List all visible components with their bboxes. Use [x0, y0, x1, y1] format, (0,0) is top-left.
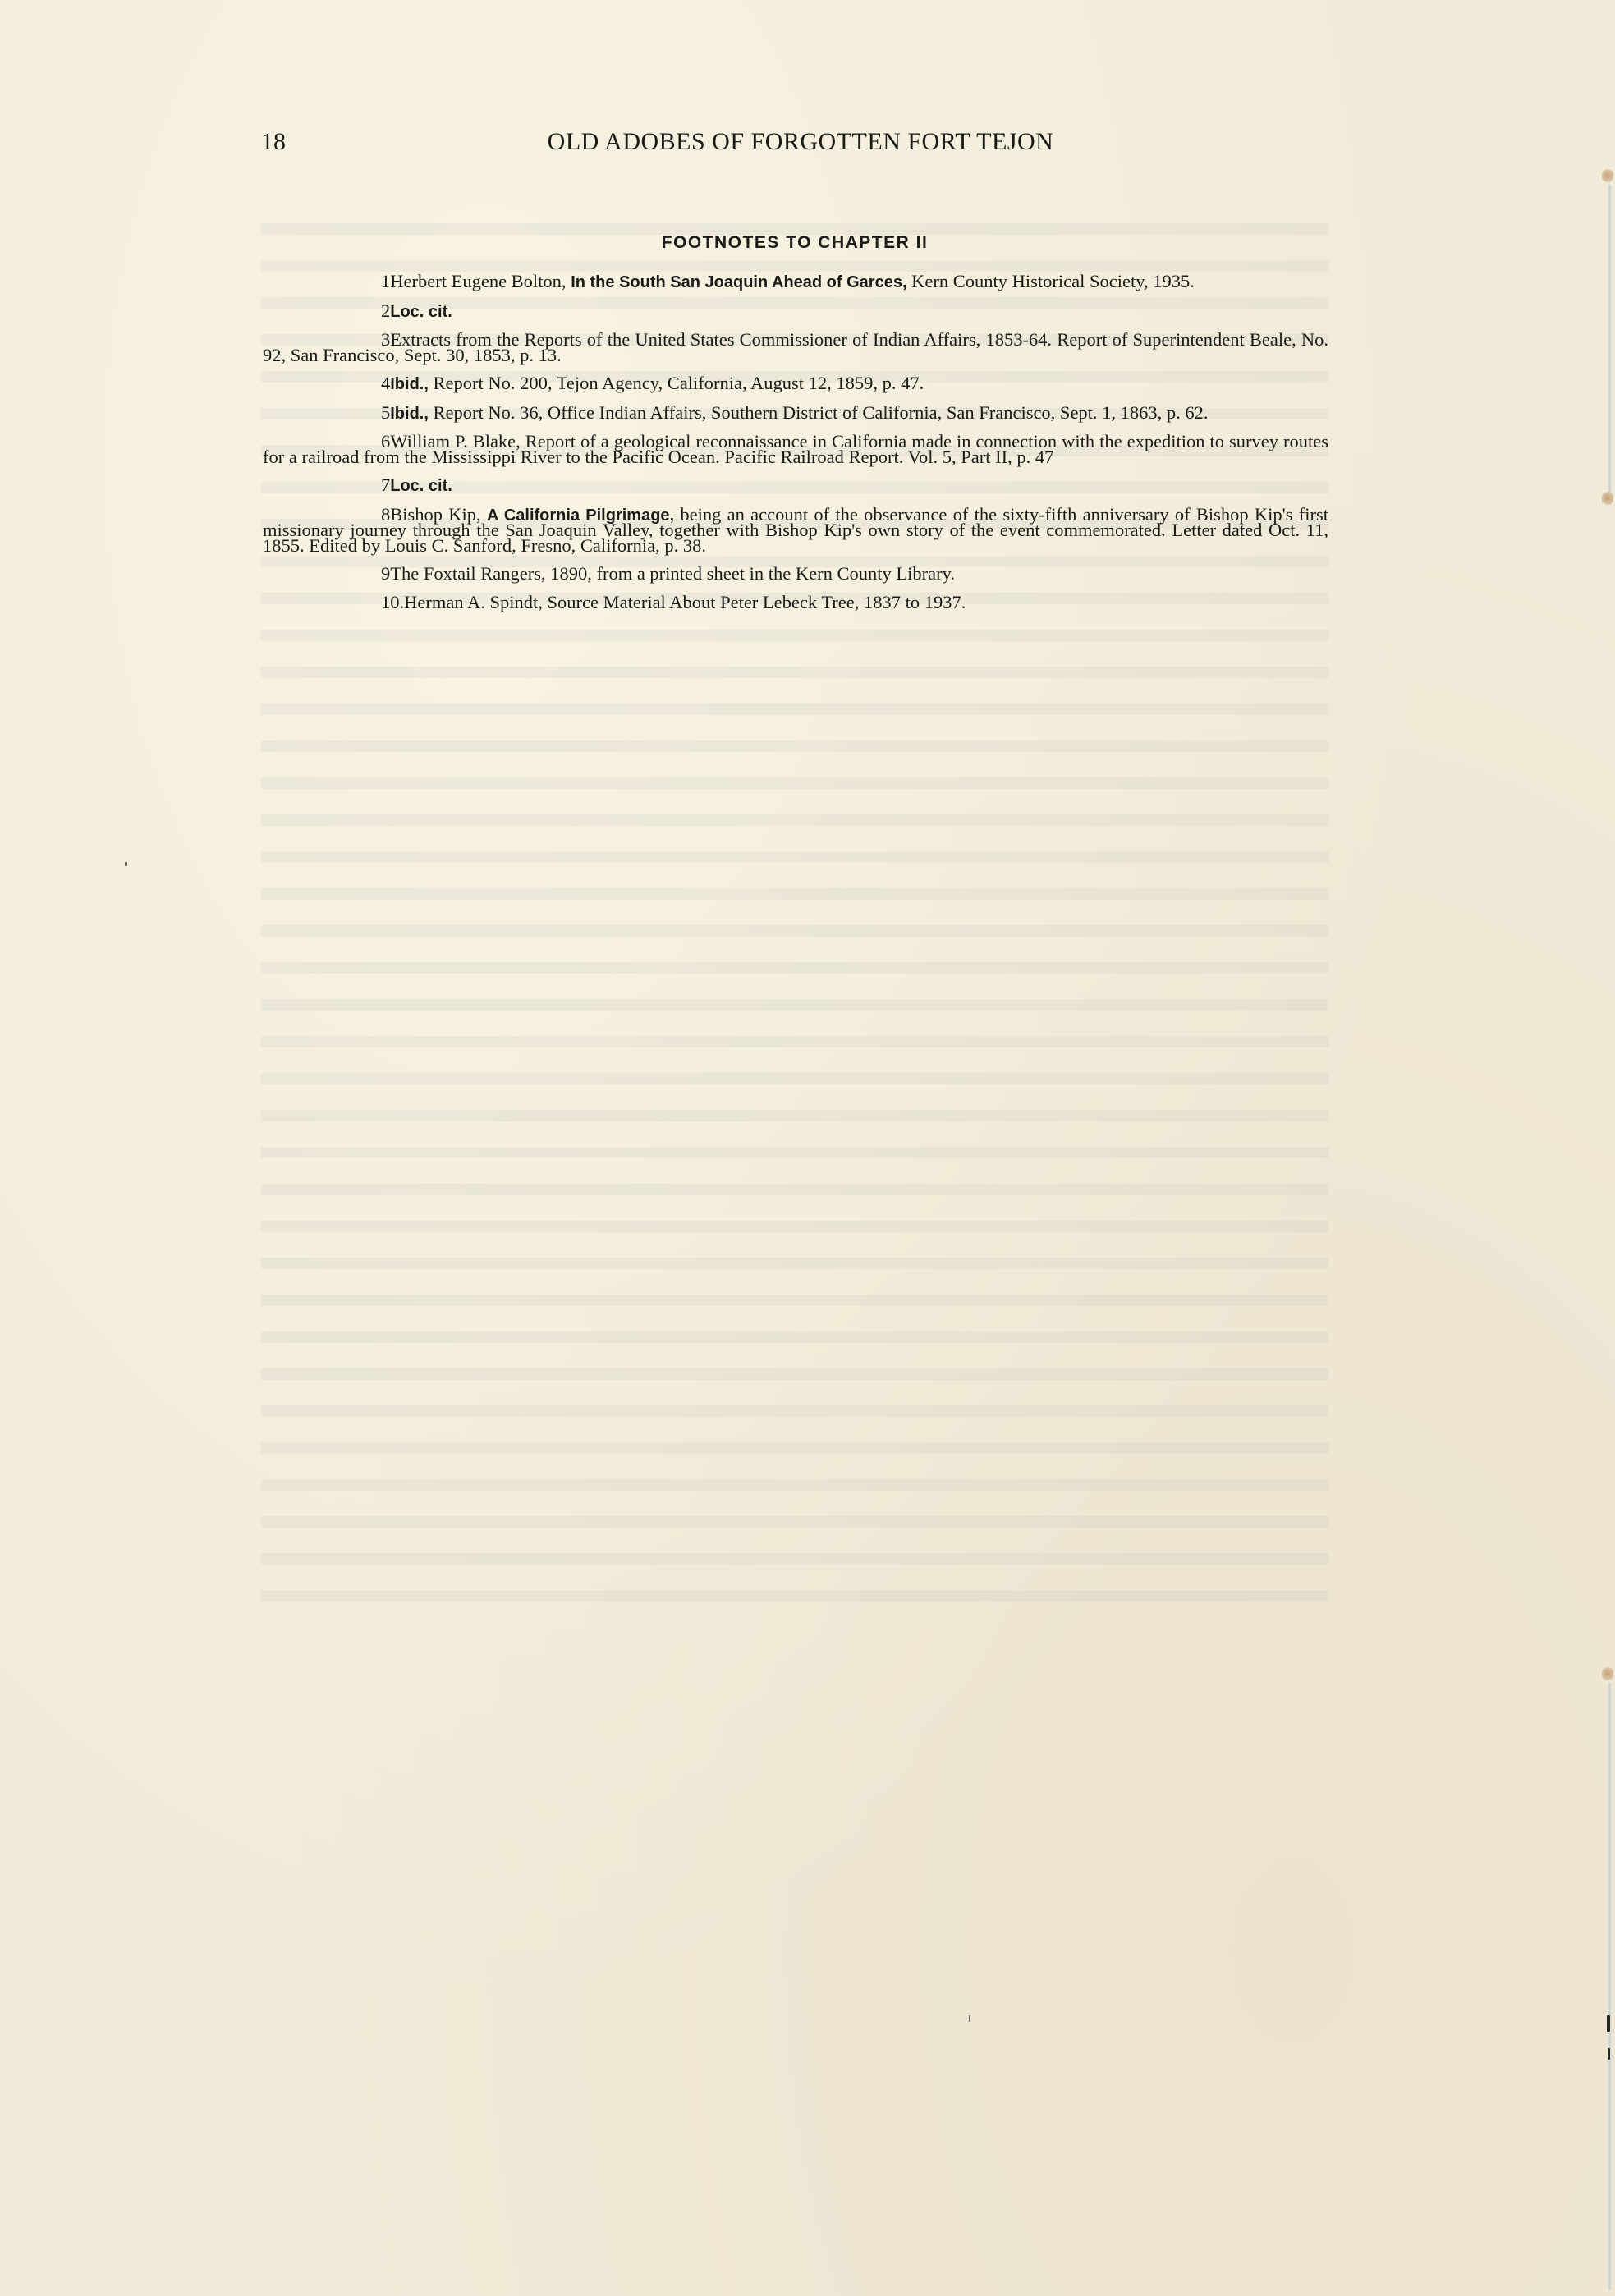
- footnote-item: 10.Herman A. Spindt, Source Material Abo…: [263, 595, 1328, 611]
- running-head: OLD ADOBES OF FORGOTTEN FORT TEJON: [476, 128, 1125, 156]
- binding-thread: [1608, 1683, 1612, 2290]
- footnote-text: Report No. 200, Tejon Agency, California…: [429, 373, 924, 393]
- paper-speck: [969, 2015, 970, 2022]
- footnote-text: Herman A. Spindt, Source Material About …: [404, 592, 966, 612]
- footnote-text: Extracts from the Reports of the United …: [263, 329, 1328, 365]
- footnote-title-text: In the South San Joaquin Ahead of Garces…: [571, 273, 906, 291]
- footnote-text: Report No. 36, Office Indian Affairs, So…: [429, 402, 1209, 423]
- staple-mark: [1602, 1666, 1613, 1681]
- footnote-title-text: Loc. cit.: [390, 303, 452, 321]
- footnote-number: 2: [322, 304, 390, 319]
- footnote-title-text: Loc. cit.: [390, 477, 452, 495]
- footnote-item: 7Loc. cit.: [263, 478, 1328, 494]
- footnote-text: Herbert Eugene Bolton,: [390, 271, 571, 291]
- footnote-item: 9The Foxtail Rangers, 1890, from a print…: [263, 566, 1328, 582]
- footnote-item: 3Extracts from the Reports of the United…: [263, 332, 1328, 363]
- footnote-text: Kern County Historical Society, 1935.: [907, 271, 1195, 291]
- page-number: 18: [261, 128, 286, 156]
- footnote-title-text: Ibid.,: [390, 405, 429, 423]
- footnote-item: 6William P. Blake, Report of a geologica…: [263, 434, 1328, 465]
- footnote-text: The Foxtail Rangers, 1890, from a printe…: [390, 563, 955, 584]
- section-title: FOOTNOTES TO CHAPTER II: [261, 233, 1328, 253]
- footnote-number: 1: [322, 274, 390, 290]
- footnote-title-text: Ibid.,: [390, 375, 429, 393]
- footnote-text: William P. Blake, Report of a geological…: [263, 431, 1328, 467]
- footnote-item: 2Loc. cit.: [263, 304, 1328, 320]
- footnote-item: 5Ibid., Report No. 36, Office Indian Aff…: [263, 406, 1328, 422]
- edge-mark: [1607, 2015, 1610, 2032]
- staple-mark: [1602, 168, 1613, 183]
- footnote-item: 8Bishop Kip, A California Pilgrimage, be…: [263, 507, 1328, 554]
- paper-speck: [125, 862, 127, 866]
- footnote-item: 4Ibid., Report No. 200, Tejon Agency, Ca…: [263, 376, 1328, 392]
- footnote-number: 10.: [322, 595, 404, 611]
- footnote-number: 7: [322, 478, 390, 493]
- staple-mark: [1602, 491, 1613, 506]
- footnote-number: 5: [322, 406, 390, 421]
- edge-mark: [1608, 2048, 1610, 2060]
- footnote-number: 9: [322, 566, 390, 582]
- footnote-number: 4: [322, 376, 390, 392]
- binding-thread: [1608, 185, 1612, 505]
- footnotes-list: 1Herbert Eugene Bolton, In the South San…: [263, 274, 1328, 623]
- footnote-item: 1Herbert Eugene Bolton, In the South San…: [263, 274, 1328, 291]
